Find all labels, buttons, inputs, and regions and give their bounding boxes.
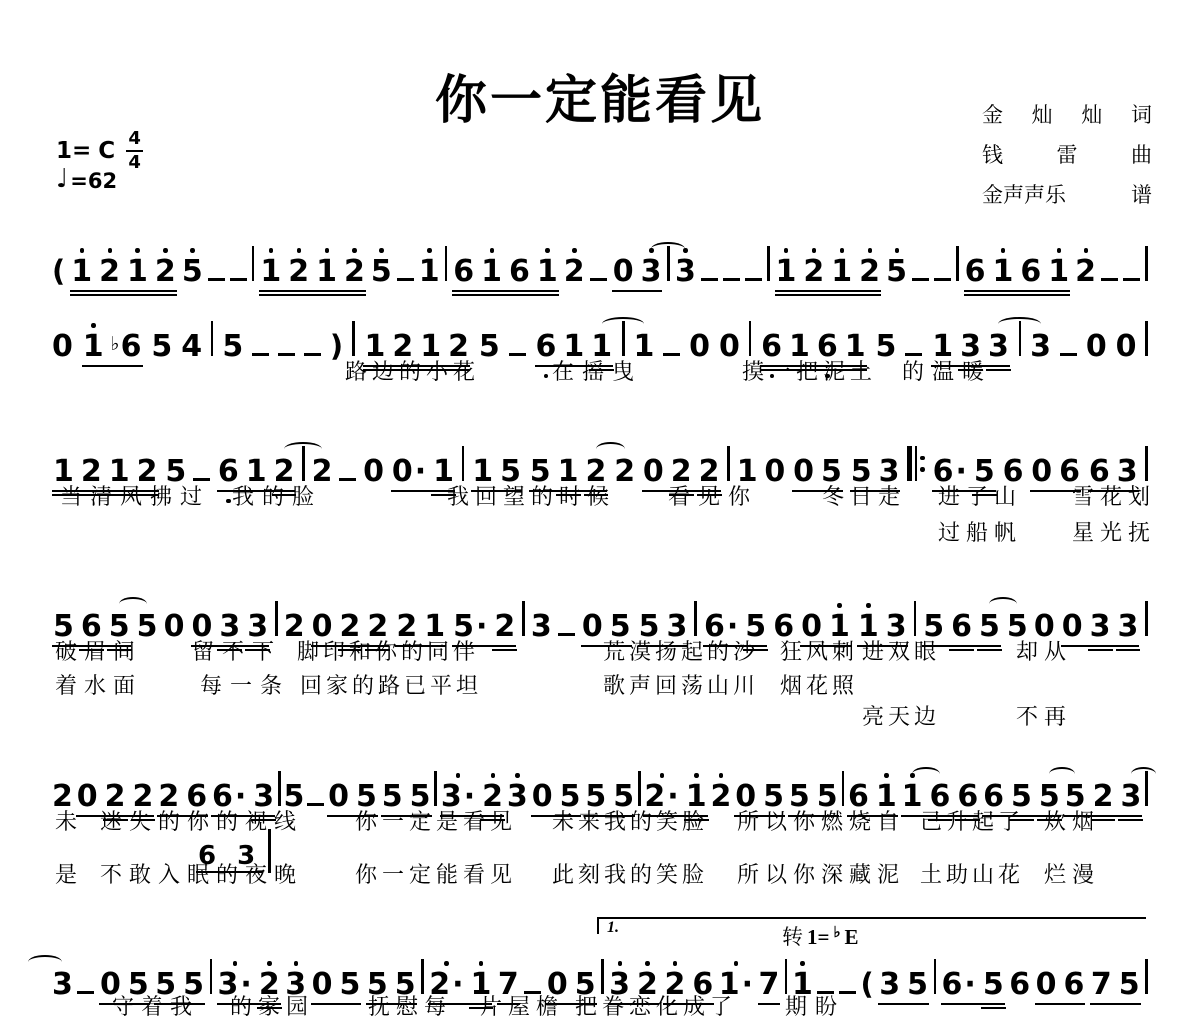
note: 5	[151, 332, 172, 362]
barline	[601, 959, 604, 994]
barline	[211, 321, 214, 356]
lyric-phrase: 守着我	[112, 990, 199, 1018]
note-digit: 6	[1009, 967, 1030, 1002]
dash-continuation	[663, 353, 680, 357]
lyric-phrase: 烟花照	[780, 669, 858, 700]
note-digit: 5	[1119, 967, 1140, 1002]
credit-row: 金灿灿词	[982, 94, 1152, 134]
dash-continuation	[590, 278, 607, 282]
lyric-phrase: 烂漫	[1044, 858, 1100, 889]
barline	[434, 771, 437, 806]
note: 0	[719, 332, 740, 362]
octave-dot-above	[297, 248, 302, 253]
time-signature: 4 4	[126, 130, 143, 172]
extra-beam-line	[977, 649, 1002, 652]
note: 6	[1020, 257, 1041, 287]
lyric-phrase: 未	[55, 805, 82, 836]
note: 5	[886, 257, 907, 287]
repeat-thin-bar	[915, 446, 918, 481]
octave-dot-above	[294, 961, 299, 966]
barline	[421, 959, 424, 994]
note-digit: 3	[52, 967, 73, 1002]
dash-continuation	[558, 633, 575, 637]
note: 6·	[942, 970, 976, 1000]
note: 0	[764, 457, 785, 487]
barline	[956, 246, 959, 281]
volta-label: 1.	[607, 919, 619, 937]
note-digit: 2	[99, 254, 120, 289]
dash-continuation	[1101, 278, 1118, 282]
note-digit: 1	[260, 254, 281, 289]
note-digit: 0	[363, 454, 384, 489]
note-digit: 7	[1091, 967, 1112, 1002]
note-digit: 6	[453, 254, 474, 289]
tie-arc	[284, 442, 322, 456]
barline	[252, 246, 255, 281]
barline	[694, 601, 697, 636]
note-digit: 6	[942, 967, 963, 1002]
note-digit: 3	[1030, 329, 1051, 364]
barline	[1145, 959, 1148, 994]
lyric-phrase: 狂风刺	[780, 635, 858, 666]
note-digit: 5	[979, 609, 1000, 644]
lyric-phrase: 未来我的笑脸	[552, 805, 708, 836]
lyric-phrase: 片屋檐	[480, 990, 564, 1018]
repeat-dots	[920, 446, 925, 481]
system-line: 305553·2305552·170532261·71(356·560675守着…	[0, 945, 1200, 1018]
note-digit: 0	[328, 779, 349, 814]
note: 2	[614, 457, 635, 487]
tie-arc	[1049, 767, 1075, 781]
note: 2	[344, 257, 365, 287]
modulation-marking: 转1=♭E	[782, 921, 859, 951]
octave-dot-above	[618, 961, 623, 966]
note-digit: 6	[121, 329, 142, 364]
octave-dot-above	[491, 773, 496, 778]
dash-continuation	[339, 478, 356, 482]
note-digit: 5	[182, 254, 203, 289]
note-digit: 2	[1075, 254, 1096, 289]
lyric-phrase: 回家的路已平坦	[300, 669, 482, 700]
note-digit: 1	[71, 254, 92, 289]
note: 2	[288, 257, 309, 287]
note: 6	[509, 257, 530, 287]
note: 3	[1118, 612, 1139, 642]
note: 3	[1120, 782, 1141, 812]
octave-dot-above	[1057, 248, 1062, 253]
octave-dot-above	[456, 773, 461, 778]
note-digit: 5	[151, 329, 172, 364]
note-digit: 0	[793, 454, 814, 489]
note-digit: 3	[1118, 609, 1139, 644]
note: 0	[52, 332, 73, 362]
note: 0	[363, 457, 384, 487]
credit-row: 钱雷曲	[982, 134, 1152, 174]
note-digit: 0	[613, 254, 634, 289]
note-digit: 3	[879, 967, 900, 1002]
lyric-phrase: 己升起了	[920, 805, 1024, 836]
note: 4	[181, 332, 202, 362]
octave-dot-above	[379, 248, 384, 253]
note: 2	[99, 257, 120, 287]
note: 1	[71, 257, 92, 287]
note: 5	[876, 332, 897, 362]
lyric-phrase: 所以你深藏泥	[737, 858, 905, 889]
credit-row: 金声声乐谱	[982, 174, 1152, 214]
dash-continuation	[1123, 278, 1140, 282]
note-digit: 6	[965, 254, 986, 289]
dash-continuation	[912, 278, 929, 282]
lyric-phrase: 的家园	[230, 990, 314, 1018]
octave-dot-above	[163, 248, 168, 253]
octave-dot-above	[866, 603, 871, 608]
tie-arc	[119, 597, 147, 611]
barline	[210, 959, 213, 994]
barline	[445, 246, 448, 281]
octave-dot-above	[812, 248, 817, 253]
dash-continuation	[230, 278, 247, 282]
beam-group: 0·1	[391, 457, 455, 492]
augmentation-dot: ·	[964, 967, 975, 1002]
note: 3	[1090, 612, 1111, 642]
system-line: (12125121251616120331212561612	[0, 232, 1200, 296]
note: 1	[419, 257, 440, 287]
note-digit: 2	[564, 254, 585, 289]
beam-group: 6·5	[941, 970, 1005, 1005]
barline	[914, 601, 917, 636]
system-line: 12125612200·11551220221005536·560663当清风拂…	[0, 432, 1200, 564]
credit-text: 钱	[982, 139, 1003, 169]
note: 5	[479, 332, 500, 362]
note-digit: 5	[479, 329, 500, 364]
note: 3	[675, 257, 696, 287]
note: 7	[1091, 970, 1112, 1000]
octave-dot-above	[868, 248, 873, 253]
lyric-phrase: 我回望的时候	[447, 480, 615, 511]
note-digit: 4	[181, 329, 202, 364]
octave-dot-above	[884, 773, 889, 778]
octave-dot-above	[352, 248, 357, 253]
octave-dot-above	[135, 248, 140, 253]
note: 5	[983, 970, 1004, 1000]
time-signature-top: 4	[128, 130, 141, 148]
quarter-note-icon: ♩	[56, 166, 68, 192]
note-digit: 0	[1086, 329, 1107, 364]
tie-arc	[596, 442, 625, 456]
dash-continuation	[723, 278, 740, 282]
note-digit: 3	[531, 609, 552, 644]
note: 3	[52, 970, 73, 1000]
lyric-phrase: 每一条	[200, 669, 290, 700]
note-digit: 0	[689, 329, 710, 364]
note-digit: 0	[532, 779, 553, 814]
lyric-phrase: 期盼	[785, 990, 845, 1018]
note: 1	[1048, 257, 1069, 287]
octave-dot-above	[694, 773, 699, 778]
lyric-phrase: 歌声回荡山川	[603, 669, 759, 700]
extra-beam-line	[1118, 819, 1143, 822]
note: 5	[371, 257, 392, 287]
note: 7	[759, 970, 780, 1000]
credit-text: 词	[1131, 99, 1152, 129]
note: 5	[340, 970, 361, 1000]
note-digit: 1	[481, 254, 502, 289]
barline	[842, 771, 845, 806]
tie-arc	[912, 767, 940, 781]
note-digit: 3	[641, 254, 662, 289]
system-line: 565500332022215·2305536·56011356550033破眉…	[0, 587, 1200, 739]
note-digit: 5	[222, 329, 243, 364]
lyric-phrase: 进双眼	[862, 635, 940, 666]
augmentation-dot: ·	[452, 967, 463, 1002]
dash-continuation	[1060, 353, 1077, 357]
tempo-marking: ♩ =62	[56, 168, 117, 194]
ossia-barline	[268, 829, 271, 873]
lyric-phrase: 脚印和你的同伴	[297, 635, 479, 666]
note: 1	[83, 332, 104, 362]
barline	[352, 321, 355, 356]
note: 0	[164, 612, 185, 642]
note: 5	[182, 257, 203, 287]
octave-dot-below	[226, 499, 231, 504]
system-line: 01♭6545)1212561110061615133300路边的小花在摇曳摸一…	[0, 307, 1200, 417]
note-digit: 1	[831, 254, 852, 289]
note: 2	[155, 257, 176, 287]
note: 6	[951, 612, 972, 642]
lyric-phrase: 不再	[1016, 700, 1072, 731]
beam-group: 05	[311, 970, 362, 1005]
barline	[785, 959, 788, 994]
note: 0	[328, 782, 349, 812]
credit-text: 灿	[1032, 99, 1053, 129]
octave-dot-above	[444, 961, 449, 966]
note-digit: 5	[983, 967, 1004, 1002]
note-digit: 1	[992, 254, 1013, 289]
note: 1	[260, 257, 281, 287]
lyric-phrase: 路边的小花	[345, 355, 480, 386]
beam-group: 6161	[452, 257, 559, 292]
note: 6	[1009, 970, 1030, 1000]
beam-group: 1212	[259, 257, 366, 292]
note-digit: 6	[1064, 967, 1085, 1002]
note: 1	[481, 257, 502, 287]
note-digit: 0	[582, 609, 603, 644]
octave-dot-above	[545, 248, 550, 253]
note-digit: 2	[710, 779, 731, 814]
modulation-key-letter: E	[845, 925, 859, 950]
beam-group: 1212	[70, 257, 177, 292]
octave-dot-above	[269, 248, 274, 253]
barline	[767, 246, 770, 281]
note-digit: 6	[509, 254, 530, 289]
dash-continuation	[304, 353, 321, 357]
beam-group: 1212	[775, 257, 882, 292]
lyric-phrase: 是	[55, 858, 82, 889]
barline	[275, 601, 278, 636]
note-digit: 2	[803, 254, 824, 289]
note: 2	[710, 782, 731, 812]
note-digit: 1	[537, 254, 558, 289]
note: 0	[1086, 332, 1107, 362]
note: 1	[127, 257, 148, 287]
note-digit: 0	[164, 609, 185, 644]
note: 0	[613, 257, 634, 287]
tempo-value: =62	[70, 169, 117, 193]
note: 0	[532, 782, 553, 812]
lyric-phrase: 当清风拂过	[60, 480, 210, 511]
note-digit: 0	[764, 454, 785, 489]
octave-dot-above	[515, 773, 520, 778]
octave-dot-above	[80, 248, 85, 253]
note-digit: 3	[1090, 609, 1111, 644]
note-digit: 1	[776, 254, 797, 289]
lyric-phrase: 星光抚	[1072, 516, 1156, 547]
note-digit: 2	[494, 609, 515, 644]
repeat-thick-bar	[907, 446, 912, 481]
lyric-phrase: 此刻我的笑脸	[552, 858, 708, 889]
octave-dot-above	[837, 603, 842, 608]
barline	[934, 959, 937, 994]
octave-dot-above	[1001, 248, 1006, 253]
repeat-dot	[920, 456, 925, 461]
repeat-dot	[920, 467, 925, 472]
lyric-phrase: 却从	[1016, 635, 1072, 666]
note: 5	[222, 332, 243, 362]
note: 5	[1119, 970, 1140, 1000]
note: 2	[494, 612, 515, 642]
note: 1	[831, 257, 852, 287]
note-digit: 3	[1120, 779, 1141, 814]
note: 0	[312, 970, 333, 1000]
lyric-phrase: 我的脸	[232, 480, 322, 511]
note-digit: 2	[859, 254, 880, 289]
note: 0	[689, 332, 710, 362]
modulation-key-prefix: 1=	[807, 925, 829, 950]
tie-arc	[989, 597, 1017, 611]
note-digit: 5	[886, 254, 907, 289]
beam-group: 75	[1090, 970, 1141, 1005]
note: 0	[1036, 970, 1057, 1000]
note-digit: 5	[371, 254, 392, 289]
close-paren: )	[330, 332, 343, 361]
time-signature-bottom: 4	[128, 154, 141, 172]
extra-beam-line	[981, 1007, 1006, 1010]
lyric-phrase: 留不下	[192, 635, 282, 666]
modulation-text: 转	[782, 921, 803, 951]
sheet-music-page: 你一定能看见 金灿灿词钱雷曲金声声乐谱 1=C 4 4 ♩ =62 (12125…	[0, 0, 1200, 1018]
dash-continuation	[208, 278, 225, 282]
lyric-phrase: 亮天边	[862, 700, 940, 731]
octave-dot-above	[572, 248, 577, 253]
credit-text: 金	[982, 99, 1003, 129]
note-digit: 5	[876, 329, 897, 364]
augmentation-dot: ·	[742, 967, 753, 1002]
octave-dot-above	[427, 248, 432, 253]
credit-text: 曲	[1131, 139, 1152, 169]
octave-dot-above	[108, 248, 113, 253]
note: 2	[803, 257, 824, 287]
barline	[638, 771, 641, 806]
note: 1	[992, 257, 1013, 287]
credit-text: 谱	[1131, 179, 1152, 209]
note-digit: 1	[83, 329, 104, 364]
note-digit: 0	[643, 454, 664, 489]
lyric-phrase: 你一定是看见	[355, 805, 517, 836]
repeat-start-sign	[907, 446, 925, 481]
note: 3	[531, 612, 552, 642]
octave-dot-above	[719, 773, 724, 778]
octave-dot-above	[673, 961, 678, 966]
dash-continuation	[252, 353, 269, 357]
note-digit: 0	[1031, 454, 1052, 489]
tie-arc	[1131, 767, 1156, 781]
note-digit: 7	[759, 967, 780, 1002]
barline	[522, 601, 525, 636]
lyric-phrase: 所以你燃烧自	[737, 805, 905, 836]
lyric-phrase: 冬日走	[822, 480, 906, 511]
open-paren: (	[52, 257, 65, 286]
note: 0	[1116, 332, 1137, 362]
note: 0	[1031, 457, 1052, 487]
note-digit: 0	[312, 967, 333, 1002]
octave-dot-above	[645, 961, 650, 966]
octave-dot-above	[1084, 248, 1089, 253]
octave-dot-above	[479, 961, 484, 966]
note: 1	[537, 257, 558, 287]
beam-group: 6161	[964, 257, 1071, 292]
barline	[1145, 601, 1148, 636]
note: 1	[776, 257, 797, 287]
lyric-phrase: 的温暖	[902, 355, 992, 386]
dash-continuation	[397, 278, 414, 282]
note: ♭6	[111, 332, 142, 362]
note-digit: 0	[1116, 329, 1137, 364]
note: 6	[453, 257, 474, 287]
lyric-phrase: 土助山花	[920, 858, 1024, 889]
lyric-phrase: 炊烟	[1044, 805, 1100, 836]
lyric-phrase: 荒漠扬起的沙	[603, 635, 759, 666]
credit-text: 金声声乐	[982, 179, 1066, 209]
flat-icon: ♭	[833, 923, 840, 942]
note: 2	[1075, 257, 1096, 287]
dash-continuation	[278, 353, 295, 357]
octave-dot-above	[267, 961, 272, 966]
note: 0	[582, 612, 603, 642]
beam-group: 06	[1035, 970, 1086, 1005]
octave-dot-below	[544, 374, 549, 379]
note: 0	[643, 457, 664, 487]
open-paren: (	[860, 970, 873, 999]
lyric-phrase: 摸一把泥土	[742, 355, 877, 386]
note-digit: 6	[1020, 254, 1041, 289]
note: 6	[1064, 970, 1085, 1000]
note-digit: 0	[719, 329, 740, 364]
lyric-phrase: 着水面	[55, 669, 142, 700]
lyric-phrase: 过船帆	[938, 516, 1022, 547]
barline	[278, 771, 281, 806]
note: 1	[316, 257, 337, 287]
beam-group: 033	[1061, 612, 1140, 647]
note-digit: 5	[340, 967, 361, 1002]
note: 2	[859, 257, 880, 287]
note: 0	[793, 457, 814, 487]
barline	[749, 321, 752, 356]
augmentation-dot: ·	[415, 454, 426, 489]
barline	[1145, 321, 1148, 356]
note-digit: 5	[907, 967, 928, 1002]
lyric-phrase: 你一定能看见	[355, 858, 517, 889]
beam-group: 1♭6	[82, 332, 143, 367]
